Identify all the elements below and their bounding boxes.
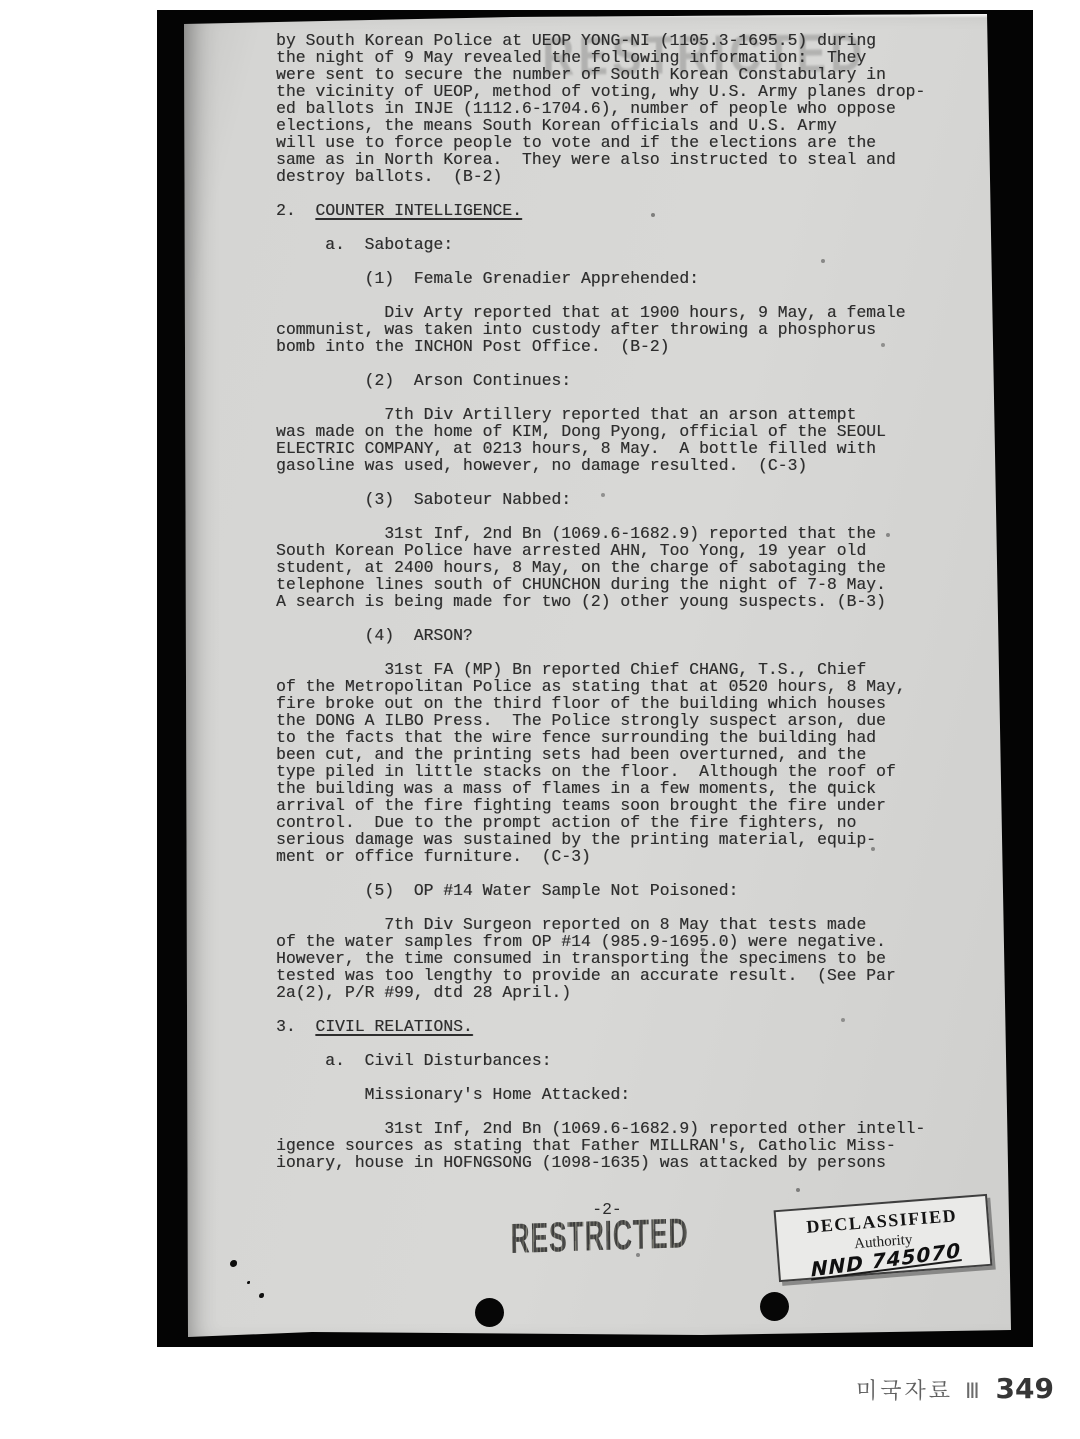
declassified-sticker: DECLASSIFIED AuthorityNND 745070 bbox=[774, 1194, 993, 1282]
section-heading: 3. CIVIL RELATIONS. bbox=[276, 1018, 966, 1035]
paragraph: (3) Saboteur Nabbed: bbox=[276, 491, 966, 508]
heading-title: CIVIL RELATIONS. bbox=[315, 1017, 472, 1036]
paragraph: (1) Female Grenadier Apprehended: bbox=[276, 270, 966, 287]
paragraph: by South Korean Police at UEOP YONG-NI (… bbox=[276, 32, 966, 185]
book-page: RESTRICTED by South Korean Police at UEO… bbox=[0, 0, 1080, 1439]
paper-specks bbox=[182, 14, 184, 16]
punch-hole-right bbox=[760, 1292, 789, 1321]
footer-page-number: 349 bbox=[996, 1372, 1054, 1405]
footer-caption: 미국자료 bbox=[856, 1374, 953, 1405]
paragraph: 7th Div Surgeon reported on 8 May that t… bbox=[276, 916, 966, 1001]
book-footer: 미국자료 Ⅲ 349 bbox=[856, 1372, 1054, 1405]
document-text: by South Korean Police at UEOP YONG-NI (… bbox=[276, 32, 966, 1171]
paragraph: a. Civil Disturbances: bbox=[276, 1052, 966, 1069]
declassified-authority-number: NND 745070 bbox=[811, 1241, 962, 1280]
footer-volume: Ⅲ bbox=[965, 1379, 979, 1403]
section-heading: 2. COUNTER INTELLIGENCE. bbox=[276, 202, 966, 219]
paragraph: (2) Arson Continues: bbox=[276, 372, 966, 389]
scratch-mark bbox=[230, 1260, 237, 1267]
scanned-photo-backdrop: RESTRICTED by South Korean Police at UEO… bbox=[157, 10, 1033, 1347]
paragraph: Missionary's Home Attacked: bbox=[276, 1086, 966, 1103]
paragraph: (5) OP #14 Water Sample Not Poisoned: bbox=[276, 882, 966, 899]
paragraph: 31st Inf, 2nd Bn (1069.6-1682.9) reporte… bbox=[276, 525, 966, 610]
paragraph: a. Sabotage: bbox=[276, 236, 966, 253]
document-paper: RESTRICTED by South Korean Police at UEO… bbox=[182, 14, 1011, 1339]
paragraph: Div Arty reported that at 1900 hours, 9 … bbox=[276, 304, 966, 355]
paragraph: (4) ARSON? bbox=[276, 627, 966, 644]
punch-hole-left bbox=[475, 1298, 504, 1327]
paragraph: 7th Div Artillery reported that an arson… bbox=[276, 406, 966, 474]
restricted-stamp: RESTRICTED bbox=[510, 1210, 689, 1262]
paragraph: 31st FA (MP) Bn reported Chief CHANG, T.… bbox=[276, 661, 966, 865]
paragraph: 31st Inf, 2nd Bn (1069.6-1682.9) reporte… bbox=[276, 1120, 966, 1171]
heading-title: COUNTER INTELLIGENCE. bbox=[315, 201, 522, 220]
